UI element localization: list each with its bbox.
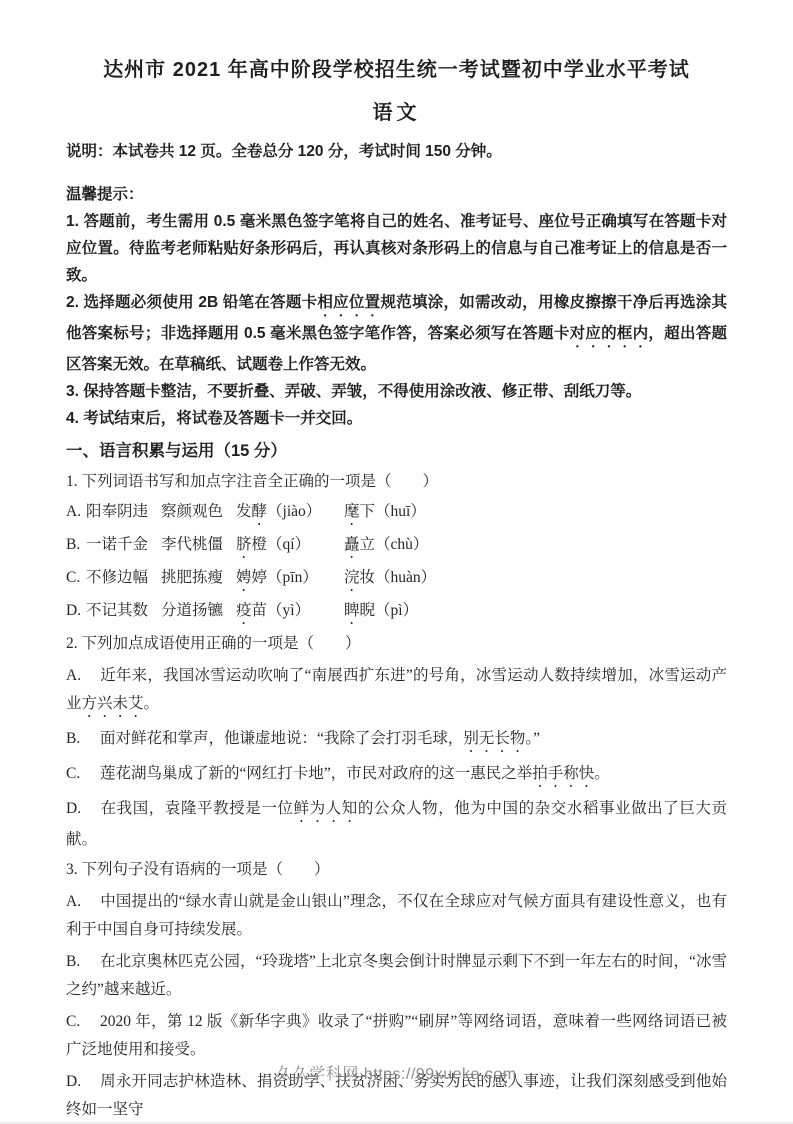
text-segment: 李代桃僵 xyxy=(161,536,223,553)
q1-b-word-3: 脐橙（qí） xyxy=(236,529,344,562)
footer-watermark: 久久学科网 https://99xueke.com xyxy=(0,1062,793,1088)
q2-option-a: A.近年来，我国冰雪运动吹响了“南展西扩东进”的号角，冰雪运动人数持续增加，冰雪… xyxy=(66,662,727,721)
q1-a-word-4: 麾下（huī） xyxy=(344,496,727,529)
q1-d-word-2: 分道扬镳 xyxy=(161,595,236,628)
question-2-stem: 2. 下列加点成语使用正确的一项是（ ） xyxy=(66,630,727,658)
option-label: A. xyxy=(66,496,86,529)
emphasized-text: 鲜为人知 xyxy=(294,800,358,817)
text-segment: 橙（qí） xyxy=(252,536,311,553)
text-segment: 莲花湖鸟巢成了新的“网红打卡地”，市民对政府的这一惠民之举 xyxy=(100,765,532,782)
option-label: B. xyxy=(66,529,86,562)
emphasized-text: 睥 xyxy=(344,602,360,619)
option-label: D. xyxy=(66,795,100,823)
q3-option-a: A.中国提出的“绿水青山就是金山银山”理念，不仅在全球应对气候方面具有建设性意义… xyxy=(66,888,727,944)
q1-option-row-d: D. 不记其数 分道扬镳 疫苗（yì） 睥睨（pì） xyxy=(66,595,727,628)
q3-option-c-text: 2020 年，第 12 版《新华字典》收录了“拼购”“刷屏”等网络词语，意味着一… xyxy=(66,1013,727,1058)
q1-a-word-3: 发酵（jiào） xyxy=(236,496,344,529)
text-segment: 分道扬镳 xyxy=(161,602,223,619)
option-label: A. xyxy=(66,888,100,916)
text-segment: 2020 年，第 12 版《新华字典》收录了“拼购”“刷屏”等网络词语，意味着一… xyxy=(66,1013,727,1058)
emphasized-text: 别无长物 xyxy=(463,730,525,747)
text-segment: 察颜观色 xyxy=(161,503,223,520)
q2-option-c: C.莲花湖鸟巢成了新的“网红打卡地”，市民对政府的这一惠民之举拍手称快。 xyxy=(66,760,727,791)
emphasized-text: 拍手称快 xyxy=(532,765,594,782)
emphasized-text: 方兴未艾 xyxy=(82,695,144,712)
q1-b-word-4: 矗立（chù） xyxy=(344,529,727,562)
tip-item-2: 2. 选择题必须使用 2B 铅笔在答题卡相应位置规范填涂，如需改动，用橡皮擦擦干… xyxy=(66,289,727,378)
text-segment: 。 xyxy=(144,695,160,712)
q2-option-b: B.面对鲜花和掌声，他谦虚地说：“我除了会打羽毛球，别无长物。” xyxy=(66,725,727,756)
q1-option-row-b: B. 一诺千金 李代桃僵 脐橙（qí） 矗立（chù） xyxy=(66,529,727,562)
tip-item-4: 4. 考试结束后，将试卷及答题卡一并交回。 xyxy=(66,405,727,432)
q2-option-d: D.在我国，袁隆平教授是一位鲜为人知的公众人物，他为中国的杂交水稻事业做出了巨大… xyxy=(66,795,727,854)
q1-a-word-2: 察颜观色 xyxy=(161,496,236,529)
text-segment: 苗（yì） xyxy=(252,602,311,619)
q3-option-b-text: 在北京奥林匹克公园，“玲珑塔”上北京冬奥会倒计时牌显示剩下不到一年左右的时间，“… xyxy=(66,953,727,998)
option-label: B. xyxy=(66,948,100,976)
q3-option-a-text: 中国提出的“绿水青山就是金山银山”理念，不仅在全球应对气候方面具有建设性意义，也… xyxy=(66,893,727,938)
q1-d-word-3: 疫苗（yì） xyxy=(236,595,344,628)
emphasized-text: 疫 xyxy=(236,602,252,619)
q1-a-word-1: 阳奉阴违 xyxy=(86,496,161,529)
text-segment: 挑肥拣瘦 xyxy=(161,569,223,586)
text-segment: 近年来，我国冰雪运动吹响了“南展西扩东进”的号角，冰雪运动人数持续增加，冰雪运动… xyxy=(66,667,727,712)
q1-c-word-1: 不修边幅 xyxy=(86,562,161,595)
question-1-stem: 1. 下列词语书写和加点字注音全正确的一项是（ ） xyxy=(66,468,727,496)
text-segment: 阳奉阴违 xyxy=(86,503,148,520)
text-segment: 。” xyxy=(525,730,540,747)
option-label: A. xyxy=(66,662,100,690)
emphasized-text: 麾 xyxy=(344,503,360,520)
emphasized-text: 浣 xyxy=(344,569,360,586)
q3-option-b: B.在北京奥林匹克公园，“玲珑塔”上北京冬奥会倒计时牌显示剩下不到一年左右的时间… xyxy=(66,948,727,1004)
q1-option-row-a: A. 阳奉阴违 察颜观色 发酵（jiào） 麾下（huī） xyxy=(66,496,727,529)
option-label: B. xyxy=(66,725,100,753)
option-label: C. xyxy=(66,760,100,788)
text-segment: 立（chù） xyxy=(360,536,429,553)
q1-c-word-4: 浣妆（huàn） xyxy=(344,562,727,595)
section-1-heading: 一、语言积累与运用（15 分） xyxy=(66,437,727,466)
text-segment: 下（huī） xyxy=(360,503,426,520)
q1-d-word-1: 不记其数 xyxy=(86,595,161,628)
emphasized-text: 娉 xyxy=(236,569,252,586)
tip-item-1: 1. 答题前，考生需用 0.5 毫米黑色签字笔将自己的姓名、准考证号、座位号正确… xyxy=(66,208,727,289)
option-label: C. xyxy=(66,1008,100,1036)
q2-option-a-text: 近年来，我国冰雪运动吹响了“南展西扩东进”的号角，冰雪运动人数持续增加，冰雪运动… xyxy=(66,667,727,712)
text-segment: 在北京奥林匹克公园，“玲珑塔”上北京冬奥会倒计时牌显示剩下不到一年左右的时间，“… xyxy=(66,953,727,998)
q2-option-b-text: 面对鲜花和掌声，他谦虚地说：“我除了会打羽毛球，别无长物。” xyxy=(100,730,540,747)
exam-paper-page: 达州市 2021 年高中阶段学校招生统一考试暨初中学业水平考试 语文 说明：本试… xyxy=(0,0,793,1122)
q3-option-c: C.2020 年，第 12 版《新华字典》收录了“拼购”“刷屏”等网络词语，意味… xyxy=(66,1008,727,1064)
option-label: C. xyxy=(66,562,86,595)
tips-header: 温馨提示： xyxy=(66,181,727,208)
q1-c-word-2: 挑肥拣瘦 xyxy=(161,562,236,595)
emphasized-text: 脐 xyxy=(236,536,252,553)
text-segment: 发 xyxy=(236,503,252,520)
emphasized-text: 酵 xyxy=(252,503,268,520)
q1-c-word-3: 娉婷（pīn） xyxy=(236,562,344,595)
text-segment: 1. 答题前，考生需用 0.5 毫米黑色签字笔将自己的姓名、准考证号、座位号正确… xyxy=(66,213,727,284)
text-segment: 在我国，袁隆平教授是一位 xyxy=(100,800,294,817)
emphasized-text: 对应的框内 xyxy=(570,325,649,342)
text-segment: 面对鲜花和掌声，他谦虚地说：“我除了会打羽毛球， xyxy=(100,730,463,747)
emphasized-text: 相应位置 xyxy=(317,294,380,311)
emphasized-text: 矗 xyxy=(344,536,360,553)
text-segment: 4. 考试结束后，将试卷及答题卡一并交回。 xyxy=(66,410,362,427)
q1-b-word-2: 李代桃僵 xyxy=(161,529,236,562)
tip-item-3: 3. 保持答题卡整洁，不要折叠、弄破、弄皱，不得使用涂改液、修正带、刮纸刀等。 xyxy=(66,378,727,405)
text-segment: 妆（huàn） xyxy=(360,569,437,586)
q1-option-row-c: C. 不修边幅 挑肥拣瘦 娉婷（pīn） 浣妆（huàn） xyxy=(66,562,727,595)
q1-b-word-1: 一诺千金 xyxy=(86,529,161,562)
text-segment: 不记其数 xyxy=(86,602,148,619)
exam-note: 说明：本试卷共 12 页。全卷总分 120 分，考试时间 150 分钟。 xyxy=(66,138,727,165)
question-3-stem: 3. 下列句子没有语病的一项是（ ） xyxy=(66,856,727,884)
exam-title: 达州市 2021 年高中阶段学校招生统一考试暨初中学业水平考试 xyxy=(66,56,727,84)
text-segment: 婷（pīn） xyxy=(252,569,318,586)
text-segment: 睨（pì） xyxy=(360,602,419,619)
option-label: D. xyxy=(66,595,86,628)
text-segment: 3. 保持答题卡整洁，不要折叠、弄破、弄皱，不得使用涂改液、修正带、刮纸刀等。 xyxy=(66,383,641,400)
text-segment: （jiào） xyxy=(267,503,321,520)
text-segment: 一诺千金 xyxy=(86,536,148,553)
text-segment: 。 xyxy=(594,765,610,782)
text-segment: 2. 选择题必须使用 2B 铅笔在答题卡 xyxy=(66,294,317,311)
q2-option-d-text: 在我国，袁隆平教授是一位鲜为人知的公众人物，他为中国的杂交水稻事业做出了巨大贡献… xyxy=(66,800,727,848)
exam-subject: 语文 xyxy=(66,98,727,128)
q1-d-word-4: 睥睨（pì） xyxy=(344,595,727,628)
text-segment: 不修边幅 xyxy=(86,569,148,586)
text-segment: 中国提出的“绿水青山就是金山银山”理念，不仅在全球应对气候方面具有建设性意义，也… xyxy=(66,893,727,938)
q2-option-c-text: 莲花湖鸟巢成了新的“网红打卡地”，市民对政府的这一惠民之举拍手称快。 xyxy=(100,765,610,782)
